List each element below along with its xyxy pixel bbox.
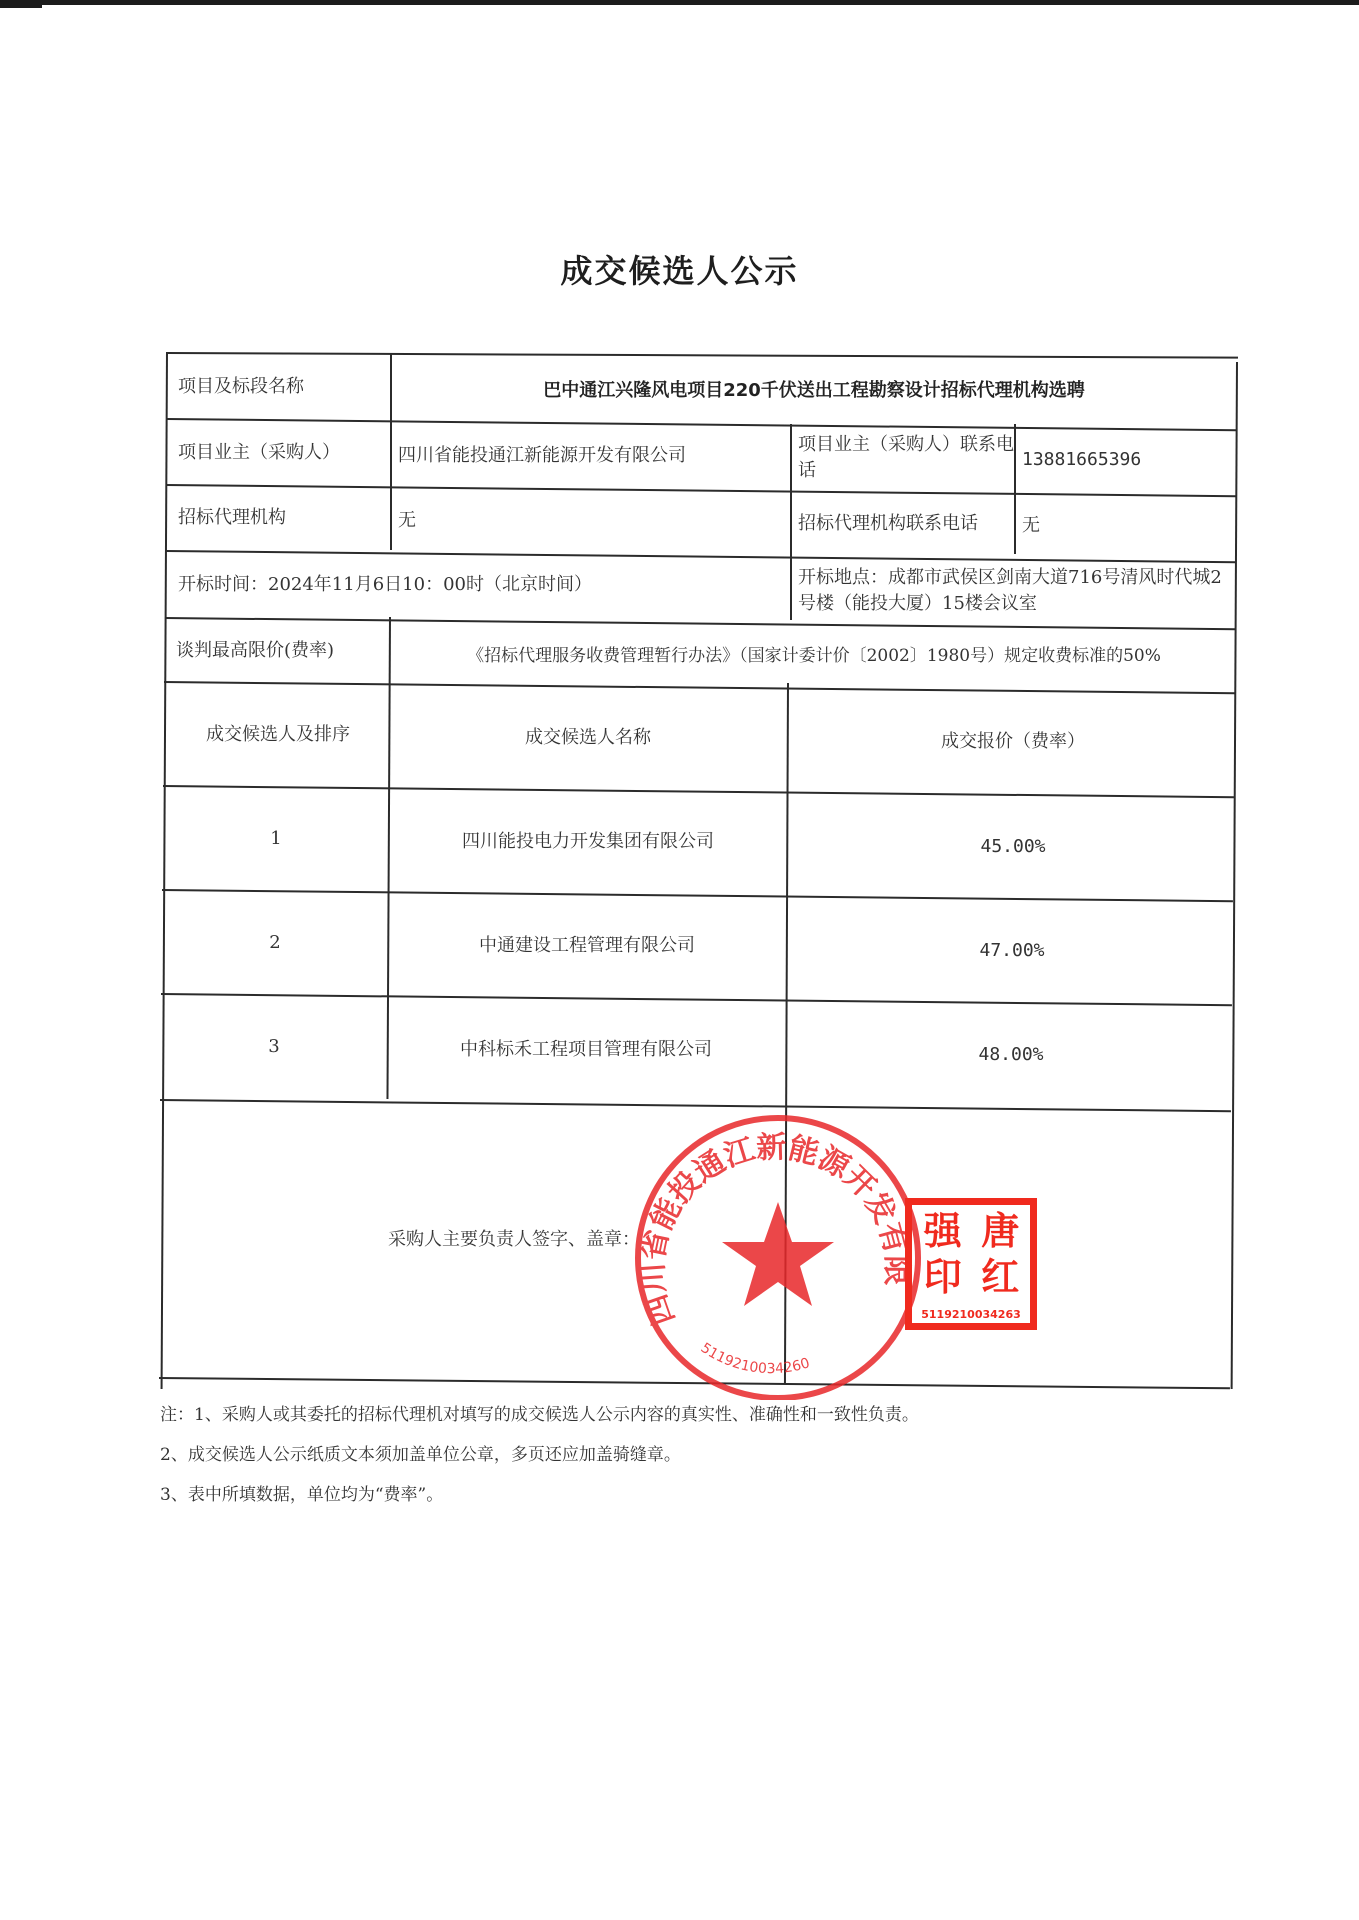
agency-label: 招标代理机构 <box>172 486 388 550</box>
row-2-rate: 47.00% <box>789 899 1235 1003</box>
svg-text:5119210034260: 5119210034260 <box>698 1340 812 1377</box>
agency-value: 无 <box>392 489 788 553</box>
agency-phone-label: 招标代理机构联系电话 <box>792 492 1014 556</box>
row-3-rate: 48.00% <box>788 1003 1234 1107</box>
note-3: 3、表中所填数据，单位均为“费率”。 <box>160 1480 443 1505</box>
signature-label: 采购人主要负责人签字、盖章： <box>300 1220 640 1260</box>
note-2: 2、成交候选人公示纸质文本须加盖单位公章，多页还应加盖骑缝章。 <box>160 1440 681 1465</box>
scan-edge-corner <box>0 0 42 8</box>
company-seal-icon: 四川省能投通江新能源开发有限公司 5119210034260 <box>630 1110 930 1400</box>
row-3-name: 中科标禾工程项目管理有限公司 <box>388 998 784 1102</box>
max-price-value: 《招标代理服务收费管理暂行办法》（国家计委计价〔2002〕1980号）规定收费标… <box>392 624 1236 688</box>
note-1: 注：1、采购人或其委托的招标代理机对填写的成交候选人公示内容的真实性、准确性和一… <box>160 1400 919 1425</box>
owner-phone-label: 项目业主（采购人）联系电话 <box>792 426 1014 490</box>
owner-label: 项目业主（采购人） <box>172 421 388 485</box>
row-2-rank: 2 <box>165 891 385 995</box>
header-rank: 成交候选人及排序 <box>168 683 388 787</box>
owner-value: 四川省能投通江新能源开发有限公司 <box>392 424 788 488</box>
scan-edge <box>0 0 1359 5</box>
seal-char: 印 <box>914 1255 972 1301</box>
owner-phone-value: 13881665396 <box>1016 428 1236 492</box>
project-name-label: 项目及标段名称 <box>172 356 388 418</box>
seal-char: 红 <box>972 1255 1030 1301</box>
row-1-rank: 1 <box>166 787 386 891</box>
open-time: 开标时间：2024年11月6日10：00时（北京时间） <box>172 553 788 617</box>
seal-char: 唐 <box>972 1209 1030 1255</box>
open-place: 开标地点：成都市武侯区剑南大道716号清风时代城2号楼（能投大厦）15楼会议室 <box>792 558 1236 624</box>
max-price-label: 谈判最高限价(费率) <box>170 619 388 683</box>
header-rate: 成交报价（费率） <box>790 690 1236 794</box>
row-1-name: 四川能投电力开发集团有限公司 <box>390 790 786 894</box>
seal-char: 强 <box>914 1209 972 1255</box>
personal-seal-icon: 强 唐 印 红 5119210034263 <box>905 1198 1037 1330</box>
page-title: 成交候选人公示 <box>0 246 1359 292</box>
row-1-rate: 45.00% <box>790 795 1236 899</box>
row-3-rank: 3 <box>164 995 384 1099</box>
project-name-value: 巴中通江兴隆风电项目220千伏送出工程勘察设计招标代理机构选聘 <box>392 360 1236 422</box>
header-name: 成交候选人名称 <box>390 686 786 790</box>
personal-seal-code: 5119210034263 <box>912 1308 1030 1321</box>
agency-phone-value: 无 <box>1016 494 1236 558</box>
row-2-name: 中通建设工程管理有限公司 <box>389 894 785 998</box>
